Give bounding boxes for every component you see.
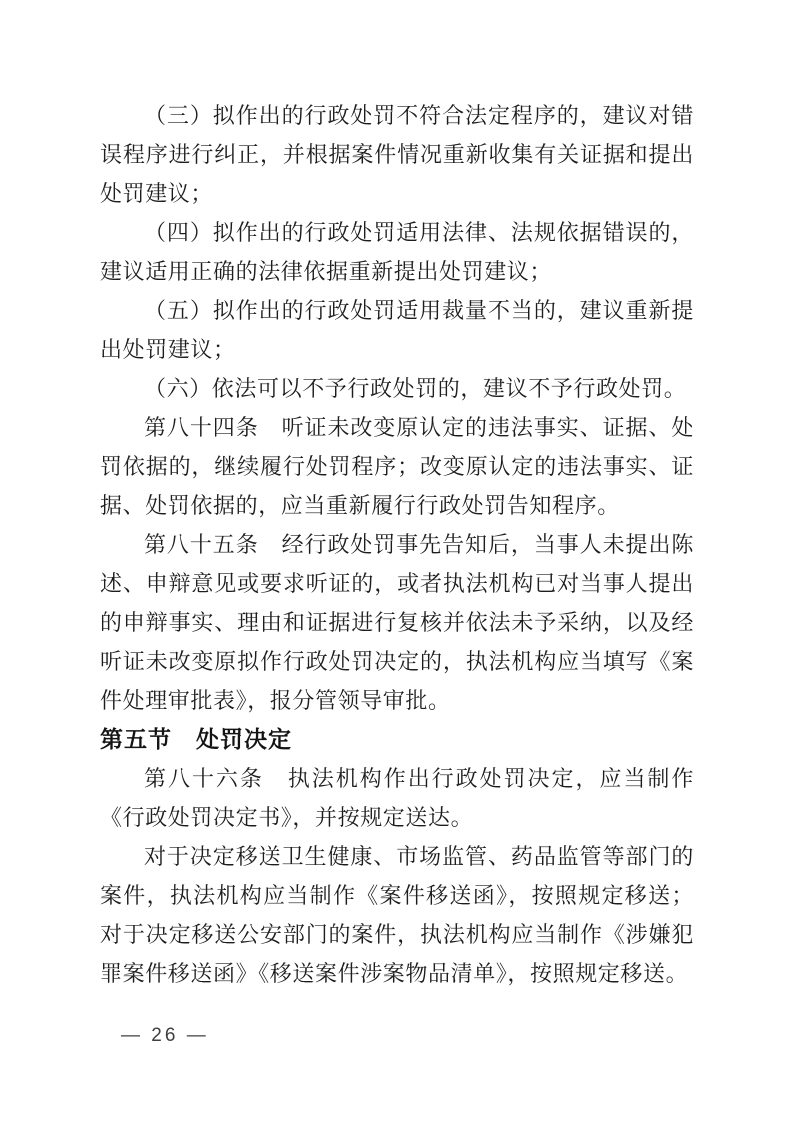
paragraph-case-transfer: 对于决定移送卫生健康、市场监管、药品监管等部门的案件，执法机构应当制作《案件移送… — [100, 837, 694, 993]
paragraph-item-6: （六）依法可以不予行政处罚的，建议不予行政处罚。 — [100, 369, 694, 408]
paragraph-item-4: （四）拟作出的行政处罚适用法律、法规依据错误的，建议适用正确的法律依据重新提出处… — [100, 213, 694, 291]
paragraph-item-5: （五）拟作出的行政处罚适用裁量不当的，建议重新提出处罚建议； — [100, 291, 694, 369]
document-body: （三）拟作出的行政处罚不符合法定程序的，建议对错误程序进行纠正，并根据案件情况重… — [100, 96, 694, 993]
section-heading: 第五节 处罚决定 — [100, 720, 694, 759]
paragraph-article-84: 第八十四条 听证未改变原认定的违法事实、证据、处罚依据的，继续履行处罚程序；改变… — [100, 408, 694, 525]
page-number: — 26 — — [121, 1022, 209, 1050]
paragraph-article-86: 第八十六条 执法机构作出行政处罚决定，应当制作《行政处罚决定书》，并按规定送达。 — [100, 759, 694, 837]
document-page: （三）拟作出的行政处罚不符合法定程序的，建议对错误程序进行纠正，并根据案件情况重… — [0, 0, 793, 1122]
paragraph-article-85: 第八十五条 经行政处罚事先告知后，当事人未提出陈述、申辩意见或要求听证的，或者执… — [100, 525, 694, 720]
paragraph-item-3: （三）拟作出的行政处罚不符合法定程序的，建议对错误程序进行纠正，并根据案件情况重… — [100, 96, 694, 213]
